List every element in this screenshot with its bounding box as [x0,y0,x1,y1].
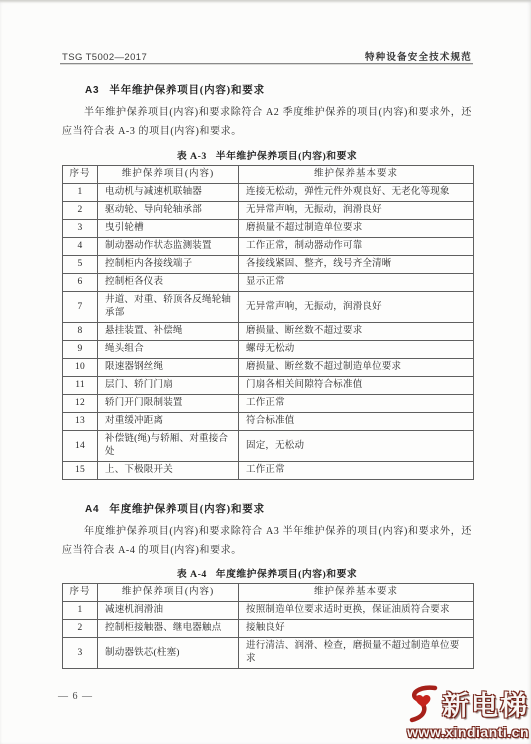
table-row: 3制动器铁芯(柱塞)进行清洁、润滑、检查，磨损量不超过制造单位要求 [63,638,474,669]
table-row: 1减速机润滑油按照制造单位要求适时更换，保证油质符合要求 [63,602,474,620]
page-number: — 6 — [58,691,93,702]
item-cell: 控制柜内各接线端子 [98,256,239,274]
item-cell: 减速机润滑油 [98,602,239,620]
item-cell: 曳引轮槽 [98,220,239,238]
table-row: 6控制柜各仪表显示正常 [63,274,474,292]
row-number-cell: 12 [63,395,98,413]
row-number-cell: 15 [63,462,98,480]
item-cell: 绳头组合 [98,341,239,359]
requirement-cell: 显示正常 [239,274,474,292]
section-a3-number: A3 [85,85,99,96]
requirement-cell: 磨损量不超过制造单位要求 [239,220,474,238]
table-row: 11层门、轿门门扇门扇各相关间隙符合标准值 [63,377,474,395]
item-cell: 悬挂装置、补偿绳 [98,323,239,341]
section-a4-title: 年度维护保养项目(内容)和要求 [109,504,265,515]
document-page: TSG T5002—2017 特种设备安全技术规范 A3半年维护保养项目(内容)… [0,0,531,744]
site-watermark: 新电梯 www.xindianti.cn [404,684,529,740]
table-a3-caption-text: 半年维护保养项目(内容)和要求 [216,151,357,162]
item-cell: 对重缓冲距离 [98,413,239,431]
table-row: 4制动器动作状态监测装置工作正常，制动器动作可靠 [63,238,474,256]
table-a4: 序号 维护保养项目(内容) 维护保养基本要求 1减速机润滑油按照制造单位要求适时… [62,583,474,669]
requirement-cell: 进行清洁、润滑、检查，磨损量不超过制造单位要求 [239,638,474,669]
row-number-cell: 3 [63,638,98,669]
requirement-cell: 工作正常 [239,395,474,413]
row-number-cell: 5 [63,256,98,274]
item-cell: 限速器钢丝绳 [98,359,239,377]
requirement-cell: 无异常声响，无振动，润滑良好 [239,292,474,323]
row-number-cell: 11 [63,377,98,395]
requirement-cell: 门扇各相关间隙符合标准值 [239,377,474,395]
table-a3-caption-label: 表 A-3 [177,151,207,162]
section-a3-paragraph: 半年维护保养项目(内容)和要求除符合 A2 季度维护保养的项目(内容)和要求外，… [62,103,472,141]
requirement-cell: 按照制造单位要求适时更换，保证油质符合要求 [239,602,474,620]
section-a3-heading: A3半年维护保养项目(内容)和要求 [85,82,265,97]
page-header: TSG T5002—2017 特种设备安全技术规范 [62,49,472,63]
table-row: 14补偿链(绳)与轿厢、对重接合处固定，无松动 [63,431,474,462]
item-cell: 驱动轮、导向轮轴承部 [98,202,239,220]
item-cell: 制动器铁芯(柱塞) [98,638,239,669]
table-a4-header-row: 序号 维护保养项目(内容) 维护保养基本要求 [63,584,474,602]
table-row: 2控制柜接触器、继电器触点接触良好 [63,620,474,638]
xindianti-logo-icon [404,685,440,723]
watermark-brand-row: 新电梯 [404,684,529,723]
requirement-cell: 螺母无松动 [239,341,474,359]
table-a4-caption-label: 表 A-4 [177,569,207,580]
table-a3-header-row: 序号 维护保养项目(内容) 维护保养基本要求 [63,166,474,184]
watermark-url: www.xindianti.cn [404,724,529,740]
row-number-cell: 7 [63,292,98,323]
row-number-cell: 4 [63,238,98,256]
standard-code: TSG T5002—2017 [62,52,147,63]
requirement-cell: 固定，无松动 [239,431,474,462]
col-header-requirement: 维护保养基本要求 [239,166,474,184]
col-header-requirement: 维护保养基本要求 [239,584,474,602]
row-number-cell: 1 [63,184,98,202]
section-a4-paragraph: 年度维护保养项目(内容)和要求除符合 A3 半年维护保养的项目(内容)和要求外，… [62,522,472,560]
requirement-cell: 接触良好 [239,620,474,638]
table-a4-caption: 表 A-4年度维护保养项目(内容)和要求 [62,566,472,580]
table-row: 2驱动轮、导向轮轴承部无异常声响，无振动，润滑良好 [63,202,474,220]
table-row: 13对重缓冲距离符合标准值 [63,413,474,431]
table-row: 12轿门开门限制装置工作正常 [63,395,474,413]
requirement-cell: 磨损量、断丝数不超过要求 [239,323,474,341]
watermark-brand-name: 新电梯 [442,684,529,723]
requirement-cell: 磨损量、断丝数不超过制造单位要求 [239,359,474,377]
standard-title: 特种设备安全技术规范 [365,49,472,63]
table-row: 15上、下极限开关工作正常 [63,462,474,480]
requirement-cell: 连接无松动，弹性元件外观良好、无老化等现象 [239,184,474,202]
header-divider [60,63,473,65]
table-a3: 序号 维护保养项目(内容) 维护保养基本要求 1电动机与减速机联轴器连接无松动，… [62,165,474,480]
table-row: 10限速器钢丝绳磨损量、断丝数不超过制造单位要求 [63,359,474,377]
table-row: 9绳头组合螺母无松动 [63,341,474,359]
table-a4-caption-text: 年度维护保养项目(内容)和要求 [216,569,357,580]
row-number-cell: 13 [63,413,98,431]
col-header-item: 维护保养项目(内容) [98,166,239,184]
table-row: 5控制柜内各接线端子各接线紧固、整齐，线号齐全清晰 [63,256,474,274]
item-cell: 上、下极限开关 [98,462,239,480]
table-row: 8悬挂装置、补偿绳磨损量、断丝数不超过要求 [63,323,474,341]
item-cell: 电动机与减速机联轴器 [98,184,239,202]
row-number-cell: 9 [63,341,98,359]
item-cell: 补偿链(绳)与轿厢、对重接合处 [98,431,239,462]
section-a4-heading: A4年度维护保养项目(内容)和要求 [85,501,265,516]
row-number-cell: 6 [63,274,98,292]
row-number-cell: 8 [63,323,98,341]
item-cell: 井道、对重、轿顶各反绳轮轴承部 [98,292,239,323]
col-header-no: 序号 [63,166,98,184]
col-header-no: 序号 [63,584,98,602]
table-row: 3曳引轮槽磨损量不超过制造单位要求 [63,220,474,238]
row-number-cell: 2 [63,202,98,220]
item-cell: 轿门开门限制装置 [98,395,239,413]
requirement-cell: 工作正常 [239,462,474,480]
row-number-cell: 14 [63,431,98,462]
item-cell: 控制柜各仪表 [98,274,239,292]
row-number-cell: 10 [63,359,98,377]
table-a3-caption: 表 A-3半年维护保养项目(内容)和要求 [62,148,472,162]
col-header-item: 维护保养项目(内容) [98,584,239,602]
item-cell: 控制柜接触器、继电器触点 [98,620,239,638]
row-number-cell: 2 [63,620,98,638]
requirement-cell: 各接线紧固、整齐，线号齐全清晰 [239,256,474,274]
item-cell: 层门、轿门门扇 [98,377,239,395]
row-number-cell: 1 [63,602,98,620]
table-row: 1电动机与减速机联轴器连接无松动，弹性元件外观良好、无老化等现象 [63,184,474,202]
section-a4-number: A4 [85,504,99,515]
section-a3-title: 半年维护保养项目(内容)和要求 [109,85,265,96]
row-number-cell: 3 [63,220,98,238]
item-cell: 制动器动作状态监测装置 [98,238,239,256]
requirement-cell: 符合标准值 [239,413,474,431]
requirement-cell: 工作正常，制动器动作可靠 [239,238,474,256]
requirement-cell: 无异常声响，无振动，润滑良好 [239,202,474,220]
table-row: 7井道、对重、轿顶各反绳轮轴承部无异常声响，无振动，润滑良好 [63,292,474,323]
